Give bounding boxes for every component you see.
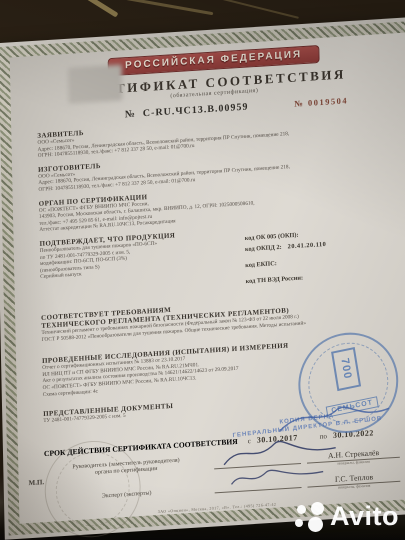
table-object-stick <box>62 0 119 18</box>
avito-logo-text: Avito <box>330 501 399 532</box>
product-codes: код ОК 005 (ОКП): код ОКПД 2:20.41.20.11… <box>239 226 396 290</box>
seal-place-label: М.П. <box>29 478 45 487</box>
director-signature-ink <box>275 396 396 440</box>
expert-role-label: Эксперт (эксперты) <box>45 487 209 504</box>
code-ekps: код ЕКПС: <box>245 253 395 269</box>
table-object-stick <box>211 0 299 19</box>
certificate-content: РОССИЙСКАЯ ФЕДЕРАЦИЯ СЕРТИФИКАТ СООТВЕТС… <box>10 33 405 524</box>
certificate-number: № C-RU.ЧС13.В.00959 <box>125 102 249 121</box>
photo-of-certificate: { "watermark": { "brand": "Avito" }, "ce… <box>0 0 405 540</box>
product-description: Пенообразователь для тушения пожаров «ПО… <box>40 235 240 302</box>
expert-signature-line <box>214 474 302 494</box>
avito-watermark: Avito <box>295 501 399 532</box>
certificate-paper: РОССИЙСКАЯ ФЕДЕРАЦИЯ СЕРТИФИКАТ СООТВЕТС… <box>0 17 405 540</box>
avito-logo-icon <box>295 502 325 532</box>
blurred-redaction-patch <box>68 64 123 103</box>
code-tnved: код ТН ВЭД России: <box>246 269 396 285</box>
blank-number: № 0019504 <box>294 95 348 108</box>
